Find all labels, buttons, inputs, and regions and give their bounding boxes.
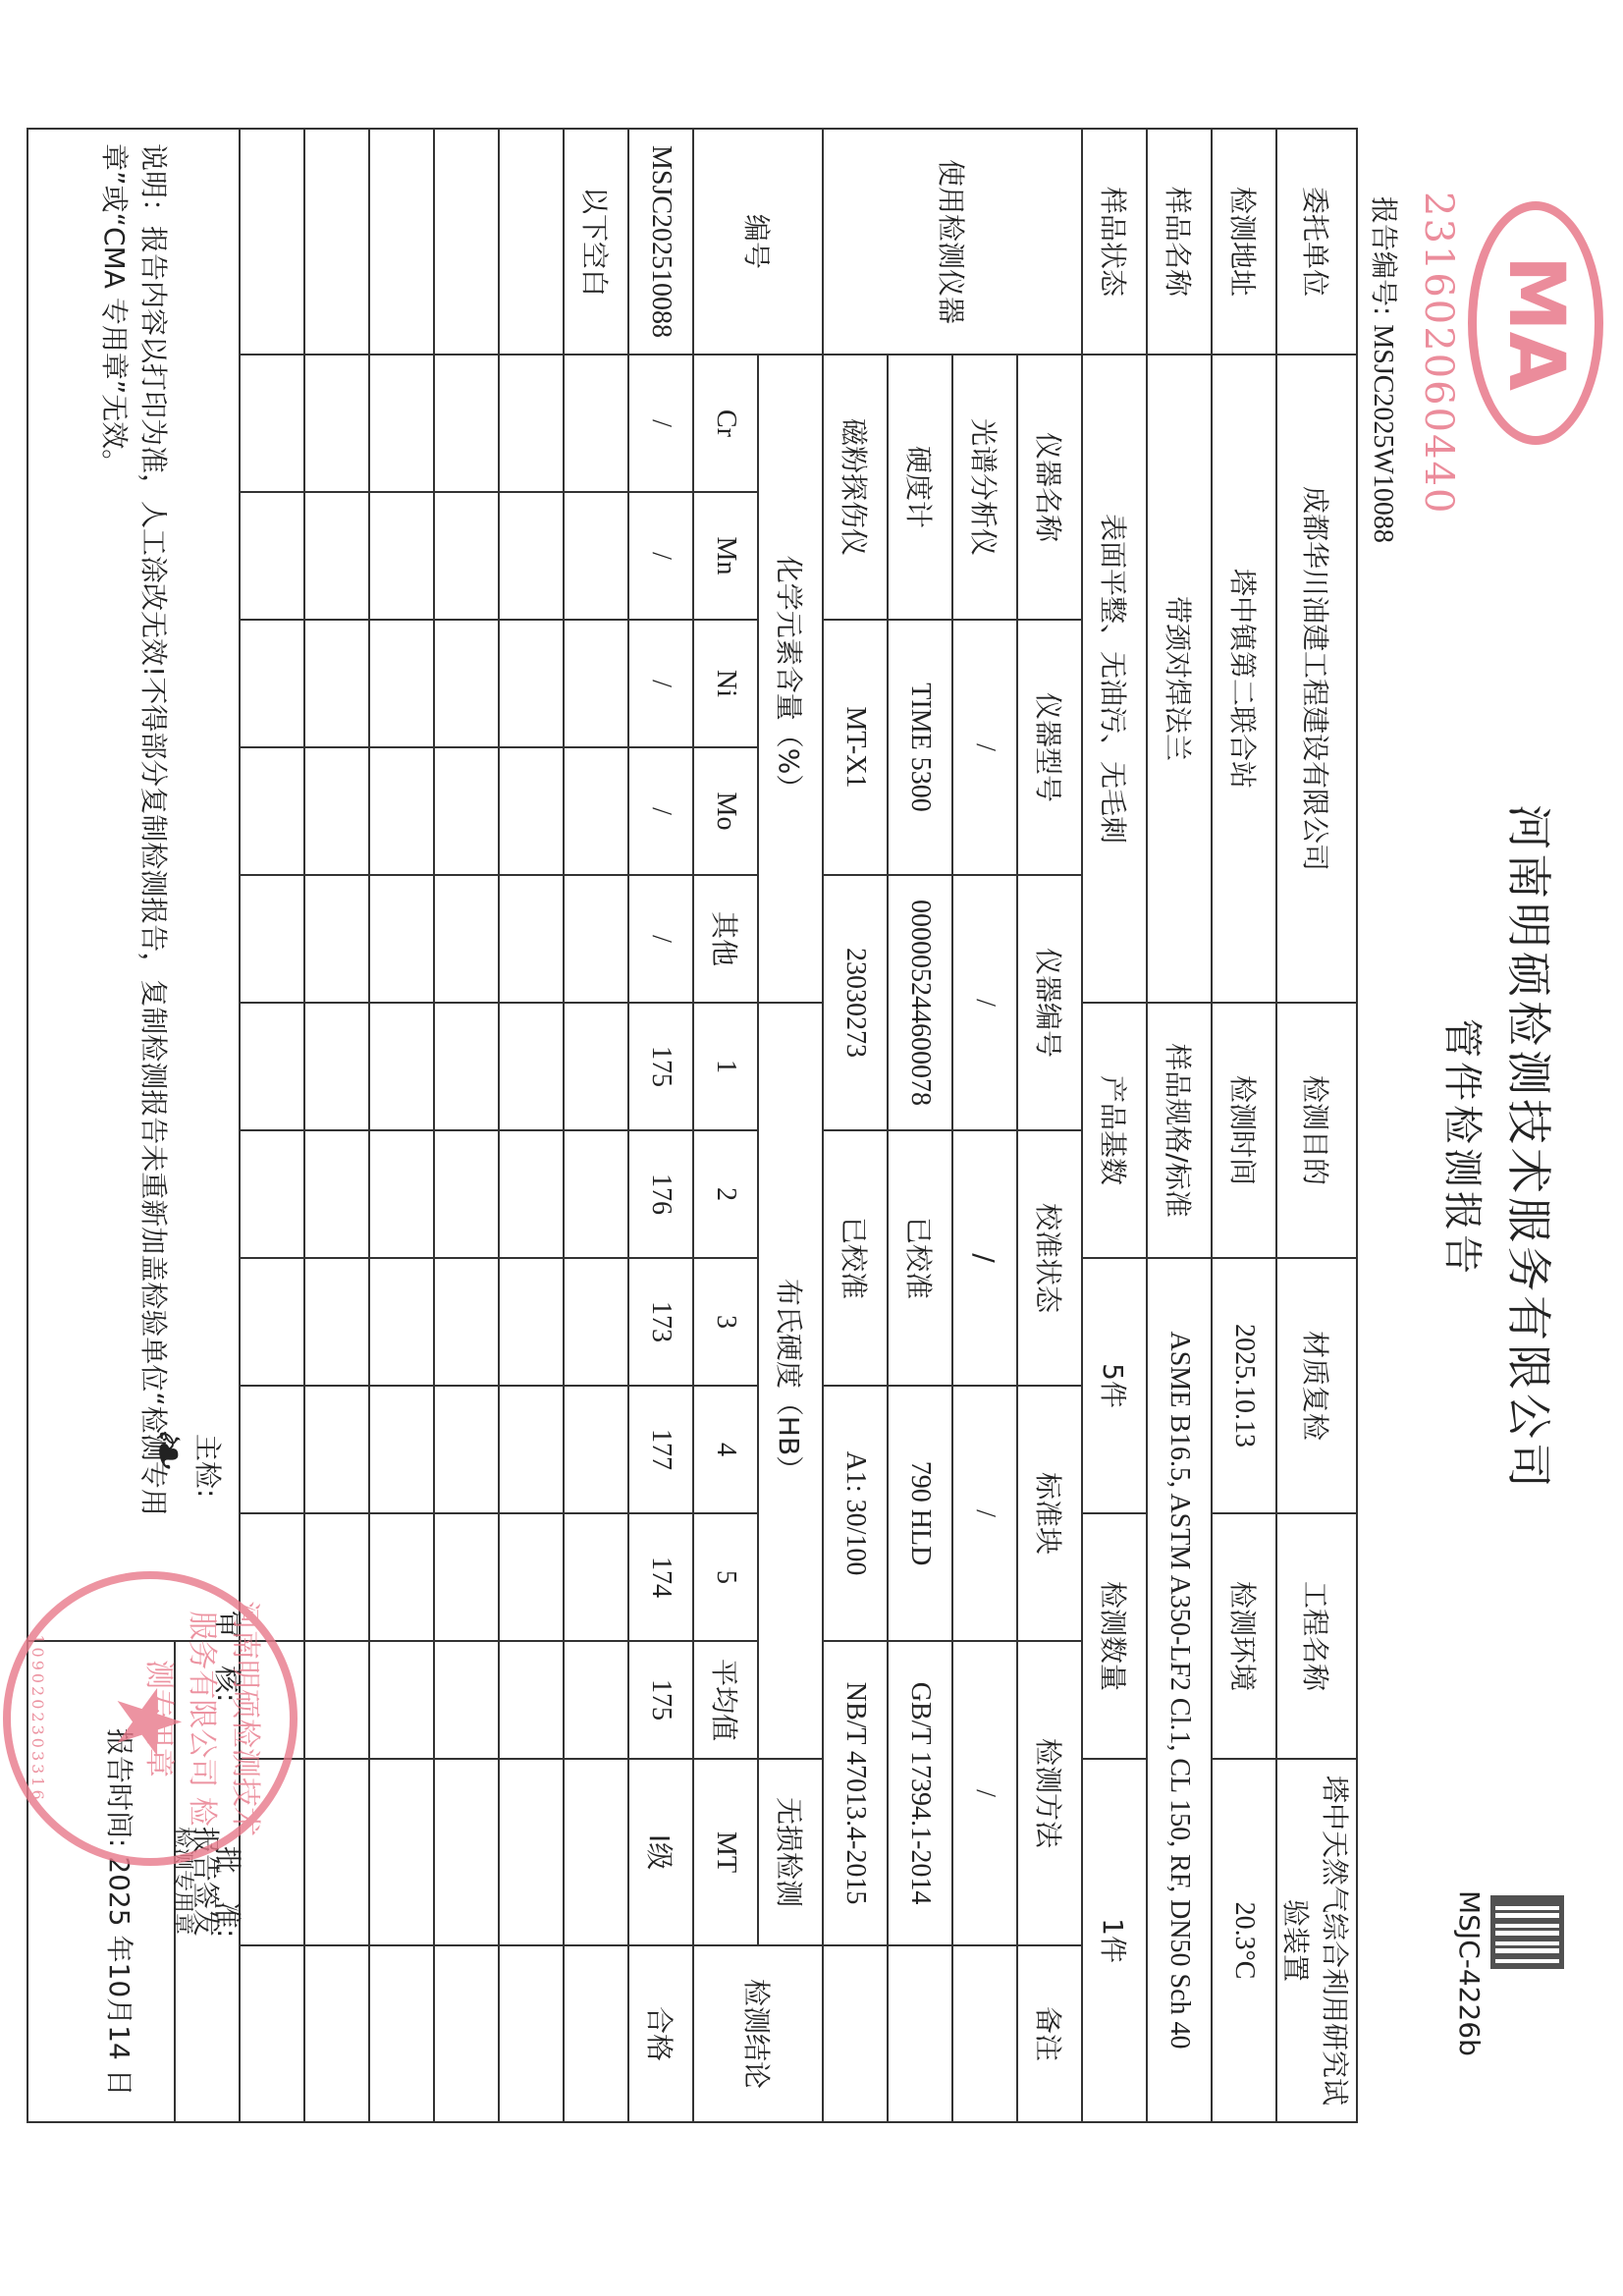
table-cell bbox=[564, 747, 628, 875]
inspector-signature: ❧ bbox=[137, 1424, 199, 1468]
sample-name-label: 样品名称 bbox=[1147, 129, 1212, 355]
client-label: 委托单位 bbox=[1276, 129, 1357, 355]
conclusion-header: 检测结论 bbox=[693, 1945, 823, 2122]
instrument-cell: MT-X1 bbox=[823, 620, 888, 875]
project-value: 塔中天然气综合利用研究试验装置 bbox=[1276, 1759, 1357, 2122]
qr-code-icon bbox=[1490, 1895, 1564, 1969]
instrument-cell: NB/T 47013.4-2015 bbox=[823, 1641, 888, 1945]
sample-name-value: 带颈对焊法兰 bbox=[1147, 355, 1212, 1003]
table-cell bbox=[499, 1759, 564, 1945]
table-cell bbox=[499, 1258, 564, 1386]
instrument-header: 检测方法 bbox=[1017, 1641, 1082, 1945]
table-cell bbox=[304, 875, 369, 1003]
table-cell bbox=[304, 129, 369, 355]
row-instrument-header: 使用检测仪器 仪器名称 仪器型号 仪器编号 校准状态 标准块 检测方法 备注 bbox=[1017, 129, 1082, 2122]
id-header: 编号 bbox=[693, 129, 823, 355]
chem-value: / bbox=[628, 492, 693, 620]
instrument-cell: 23030273 bbox=[823, 875, 888, 1130]
instrument-cell bbox=[952, 1945, 1017, 2122]
blank-row bbox=[369, 129, 434, 2122]
instrument-cell bbox=[823, 1945, 888, 2122]
disclaimer-note: 说明：报告内容以打印为准，人工涂改无效!不得部分复制检测报告，复制检测报告未重新… bbox=[27, 129, 240, 1641]
instrument-cell: 790 HLD bbox=[888, 1386, 952, 1641]
table-cell bbox=[240, 492, 304, 620]
table-cell bbox=[369, 129, 434, 355]
sample-state-label: 样品状态 bbox=[1082, 129, 1147, 355]
instrument-header: 仪器型号 bbox=[1017, 620, 1082, 875]
env-value: 20.3°C bbox=[1212, 1759, 1276, 2122]
hardness-col: 2 bbox=[693, 1130, 758, 1258]
table-cell bbox=[499, 1386, 564, 1513]
instrument-row: 磁粉探伤仪 MT-X1 23030273 已校准 A1: 30/100 NB/T… bbox=[823, 129, 888, 2122]
table-cell bbox=[240, 875, 304, 1003]
instrument-cell: / bbox=[952, 1641, 1017, 1945]
table-cell bbox=[499, 1945, 564, 2122]
chem-value: / bbox=[628, 355, 693, 492]
batch-value: 5件 bbox=[1082, 1258, 1147, 1513]
result-row: MSJC202510088 / / / / / 175 176 173 177 … bbox=[628, 129, 693, 2122]
table-cell bbox=[499, 1641, 564, 1759]
table-cell bbox=[434, 1513, 499, 1641]
hardness-value: 176 bbox=[628, 1130, 693, 1258]
table-cell bbox=[434, 1759, 499, 1945]
instrument-header: 备注 bbox=[1017, 1945, 1082, 2122]
table-cell bbox=[240, 1386, 304, 1513]
table-cell bbox=[564, 1945, 628, 2122]
table-cell bbox=[564, 1130, 628, 1258]
hardness-header: 布氏硬度（HB） bbox=[758, 1003, 823, 1759]
table-cell bbox=[434, 875, 499, 1003]
row-site: 检测地址 塔中镇第二联合站 检测时间 2025.10.13 检测环境 20.3°… bbox=[1212, 129, 1276, 2122]
table-cell bbox=[369, 747, 434, 875]
table-cell bbox=[304, 1945, 369, 2122]
table-cell bbox=[304, 1759, 369, 1945]
table-cell bbox=[304, 1258, 369, 1386]
table-cell bbox=[304, 1130, 369, 1258]
purpose-label: 检测目的 bbox=[1276, 1003, 1357, 1258]
table-cell bbox=[434, 1386, 499, 1513]
date-value: 2025.10.13 bbox=[1212, 1258, 1276, 1513]
official-seal: 河南明硕检测技术服务有限公司 检测专用章 ★ 1090202303316 bbox=[3, 1571, 298, 1866]
qty-value: 1件 bbox=[1082, 1759, 1147, 2122]
table-cell bbox=[240, 1130, 304, 1258]
spec-value: ASME B16.5, ASTM A350-LF2 Cl.1, CL 150, … bbox=[1147, 1258, 1212, 2122]
table-cell bbox=[304, 747, 369, 875]
table-cell bbox=[564, 1513, 628, 1641]
table-cell bbox=[304, 1386, 369, 1513]
table-cell bbox=[434, 129, 499, 355]
table-cell bbox=[369, 1513, 434, 1641]
blank-row: 以下空白 bbox=[564, 129, 628, 2122]
instrument-cell: / bbox=[952, 620, 1017, 875]
hardness-value: 173 bbox=[628, 1258, 693, 1386]
star-icon: ★ bbox=[103, 1682, 191, 1762]
purpose-value: 材质复检 bbox=[1276, 1258, 1357, 1513]
report-number-label: 报告编号: bbox=[1368, 196, 1400, 315]
table-cell bbox=[304, 1641, 369, 1759]
table-cell bbox=[434, 620, 499, 747]
hardness-col: 4 bbox=[693, 1386, 758, 1513]
blank-row bbox=[304, 129, 369, 2122]
qty-label: 检测数量 bbox=[1082, 1513, 1147, 1759]
table-cell bbox=[304, 620, 369, 747]
chem-col: Ni bbox=[693, 620, 758, 747]
env-label: 检测环境 bbox=[1212, 1513, 1276, 1759]
instrument-cell: GB/T 17394.1-2014 bbox=[888, 1641, 952, 1945]
table-cell bbox=[369, 1003, 434, 1130]
table-cell bbox=[434, 1641, 499, 1759]
table-cell bbox=[499, 1513, 564, 1641]
instrument-cell bbox=[888, 1945, 952, 2122]
table-cell bbox=[369, 1258, 434, 1386]
hardness-col: 5 bbox=[693, 1513, 758, 1641]
table-cell bbox=[369, 355, 434, 492]
table-cell bbox=[304, 492, 369, 620]
table-cell bbox=[499, 492, 564, 620]
table-cell bbox=[499, 875, 564, 1003]
instrument-cell: TIME 5300 bbox=[888, 620, 952, 875]
chem-col: Mo bbox=[693, 747, 758, 875]
ndt-value: I级 bbox=[628, 1759, 693, 1945]
seal-number: 1090202303316 bbox=[28, 1609, 47, 1829]
table-cell bbox=[304, 1003, 369, 1130]
table-cell bbox=[564, 1386, 628, 1513]
table-cell bbox=[499, 1130, 564, 1258]
report-number: 报告编号: MSJC2025W10088 bbox=[1366, 196, 1405, 543]
date-label: 检测时间 bbox=[1212, 1003, 1276, 1258]
report-date-value: 2025 年10月14 日 bbox=[103, 1856, 135, 2096]
chem-value: / bbox=[628, 620, 693, 747]
table-cell bbox=[499, 1003, 564, 1130]
chem-col: Mn bbox=[693, 492, 758, 620]
instruments-group-label: 使用检测仪器 bbox=[823, 129, 1082, 355]
hardness-average: 175 bbox=[628, 1641, 693, 1759]
chem-col: Cr bbox=[693, 355, 758, 492]
row-sample-state: 样品状态 表面平整、无油污、无毛刺 产品基数 5件 检测数量 1件 bbox=[1082, 129, 1147, 2122]
table-cell bbox=[369, 1641, 434, 1759]
table-cell bbox=[564, 1759, 628, 1945]
table-cell bbox=[369, 1945, 434, 2122]
table-cell bbox=[240, 129, 304, 355]
hardness-value: 175 bbox=[628, 1003, 693, 1130]
hardness-value: 177 bbox=[628, 1386, 693, 1513]
instrument-cell: 磁粉探伤仪 bbox=[823, 355, 888, 620]
table-cell bbox=[434, 492, 499, 620]
spec-label: 样品规格/标准 bbox=[1147, 1003, 1212, 1258]
instrument-cell: 000005244600078 bbox=[888, 875, 952, 1130]
instrument-cell: 硬度计 bbox=[888, 355, 952, 620]
project-label: 工程名称 bbox=[1276, 1513, 1357, 1759]
instrument-header: 仪器名称 bbox=[1017, 355, 1082, 620]
instrument-header: 标准块 bbox=[1017, 1386, 1082, 1641]
batch-label: 产品基数 bbox=[1082, 1003, 1147, 1258]
report-page: MA 231602060440 报告编号: MSJC2025W10088 河南明… bbox=[0, 0, 1623, 2296]
table-cell bbox=[240, 620, 304, 747]
row-client: 委托单位 成都华川油建工程建设有限公司 检测目的 材质复检 工程名称 塔中天然气… bbox=[1276, 129, 1357, 2122]
instrument-cell: / bbox=[952, 875, 1017, 1130]
table-cell bbox=[304, 1513, 369, 1641]
table-cell bbox=[369, 1759, 434, 1945]
instrument-cell: 光谱分析仪 bbox=[952, 355, 1017, 620]
instrument-row: 硬度计 TIME 5300 000005244600078 已校准 790 HL… bbox=[888, 129, 952, 2122]
table-cell bbox=[369, 620, 434, 747]
instrument-cell: A1: 30/100 bbox=[823, 1386, 888, 1641]
table-cell bbox=[369, 1386, 434, 1513]
table-cell bbox=[369, 875, 434, 1003]
table-cell bbox=[240, 355, 304, 492]
row-sample-name: 样品名称 带颈对焊法兰 样品规格/标准 ASME B16.5, ASTM A35… bbox=[1147, 129, 1212, 2122]
blank-row bbox=[434, 129, 499, 2122]
table-cell bbox=[564, 1258, 628, 1386]
table-cell bbox=[564, 620, 628, 747]
instrument-row: 光谱分析仪 / / / / / bbox=[952, 129, 1017, 2122]
table-cell bbox=[369, 492, 434, 620]
blank-row bbox=[499, 129, 564, 2122]
instrument-header: 仪器编号 bbox=[1017, 875, 1082, 1130]
client-value: 成都华川油建工程建设有限公司 bbox=[1276, 355, 1357, 1003]
chem-value: / bbox=[628, 875, 693, 1003]
instrument-cell: / bbox=[952, 1386, 1017, 1641]
hardness-col: 1 bbox=[693, 1003, 758, 1130]
table-cell bbox=[564, 875, 628, 1003]
results-group-header: 编号 化学元素含量（%） 布氏硬度（HB） 无损检测 检测结论 bbox=[758, 129, 823, 2122]
table-cell bbox=[564, 355, 628, 492]
site-value: 塔中镇第二联合站 bbox=[1212, 355, 1276, 1003]
chem-header: 化学元素含量（%） bbox=[758, 355, 823, 1003]
table-cell bbox=[499, 129, 564, 355]
sample-state-value: 表面平整、无油污、无毛刺 bbox=[1082, 355, 1147, 1003]
hardness-col: 平均值 bbox=[693, 1641, 758, 1759]
instrument-header: 校准状态 bbox=[1017, 1130, 1082, 1386]
instrument-cell: 已校准 bbox=[823, 1130, 888, 1386]
report-number-value: MSJC2025W10088 bbox=[1368, 324, 1398, 542]
sample-id: MSJC202510088 bbox=[628, 129, 693, 355]
site-label: 检测地址 bbox=[1212, 129, 1276, 355]
blank-marker: 以下空白 bbox=[564, 129, 628, 355]
table-cell bbox=[369, 1130, 434, 1258]
hardness-value: 174 bbox=[628, 1513, 693, 1641]
chem-col: 其他 bbox=[693, 875, 758, 1003]
table-cell bbox=[434, 1258, 499, 1386]
table-cell bbox=[564, 492, 628, 620]
table-cell bbox=[240, 1003, 304, 1130]
conclusion-value: 合格 bbox=[628, 1945, 693, 2122]
chem-value: / bbox=[628, 747, 693, 875]
instrument-cell: 已校准 bbox=[888, 1130, 952, 1386]
table-cell bbox=[304, 355, 369, 492]
table-cell bbox=[434, 1130, 499, 1258]
approver-label: 批 准: bbox=[209, 1846, 248, 1938]
table-cell bbox=[434, 747, 499, 875]
table-cell bbox=[240, 747, 304, 875]
table-cell bbox=[240, 1258, 304, 1386]
hardness-col: 3 bbox=[693, 1258, 758, 1386]
table-cell bbox=[564, 1003, 628, 1130]
form-code: MSJC-4226b bbox=[1453, 1890, 1486, 2056]
ndt-header: 无损检测 bbox=[758, 1759, 823, 1945]
table-cell bbox=[434, 355, 499, 492]
results-col-header: Cr Mn Ni Mo 其他 1 2 3 4 5 平均值 MT bbox=[693, 129, 758, 2122]
table-cell bbox=[564, 1641, 628, 1759]
table-cell bbox=[499, 620, 564, 747]
table-cell bbox=[499, 355, 564, 492]
table-cell bbox=[499, 747, 564, 875]
ndt-col: MT bbox=[693, 1759, 758, 1945]
table-cell bbox=[434, 1945, 499, 2122]
table-cell bbox=[434, 1003, 499, 1130]
table-cell bbox=[240, 1945, 304, 2122]
instrument-cell: / bbox=[952, 1130, 1017, 1386]
